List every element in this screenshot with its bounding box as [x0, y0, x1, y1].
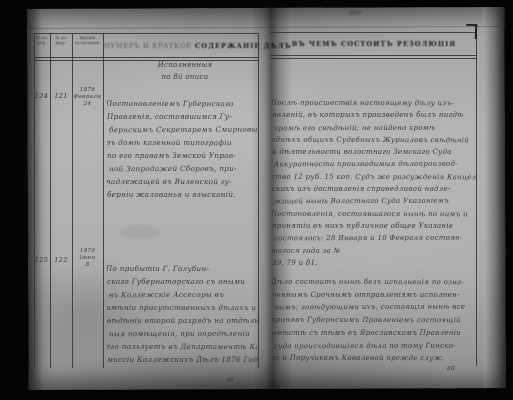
handwritten-line: бернскимъ Секретаремъ Смирновымъ — [109, 123, 258, 137]
handwritten-line: суда происходившіяся дѣла по тому Гинско… — [274, 339, 476, 352]
handwritten-line: 24 — [72, 101, 103, 108]
table-rule — [476, 32, 477, 366]
handwritten-line: Постановленія, состоявшагося нынѣ по ним… — [272, 207, 475, 220]
handwritten-line: ства 12 руб. 15 коп. Судъ же разсужденія… — [272, 171, 475, 184]
section-heading-line: по 8й описи — [128, 72, 242, 84]
handwritten-line: 1876 — [72, 248, 103, 255]
table-rule — [34, 57, 258, 58]
right-page-edge — [482, 7, 506, 388]
table-rule — [270, 32, 477, 33]
handwritten-line: берніи жалованья и взысканій. — [107, 188, 258, 201]
handwritten-line: имѣніи присутственныхъ дѣлахъ и — [107, 301, 257, 314]
right-page-header: ВЪ ЧЕМЪ СОСТОИТЪ РЕЗОЛЮЦІЯ — [278, 40, 470, 48]
handwritten-line: 1876 — [72, 87, 103, 94]
signature-flourish: ла — [446, 364, 456, 373]
table-rule — [34, 33, 258, 34]
handwritten-line: ныя помѣщенія, при опредѣленіи — [109, 327, 258, 341]
handwritten-line: явленій, въ которыхъ произведенъ былъ ни… — [272, 109, 476, 121]
left-corner-mark: ла — [226, 376, 235, 384]
top-smudge — [348, 10, 362, 15]
left-page-edge-shadow — [27, 9, 43, 390]
section-heading: Исполненныя по 8й описи — [128, 60, 242, 83]
handwritten-line: Послѣ происшествія настоящему дѣлу изъ- — [272, 97, 475, 110]
handwritten-line: По прибытіи Г. Голубин- — [107, 262, 257, 275]
handwritten-line: въ домѣ казенной типографіи — [107, 136, 257, 149]
column-header-number: № по пор. — [34, 36, 50, 45]
handwritten-line: принявъ Губернскимъ Правленіемъ состоящі… — [272, 314, 475, 327]
handwritten-line: вѣдѣніи второй разрядъ на отдѣль- — [107, 314, 258, 327]
entry-number: 124 — [33, 92, 50, 100]
ledger-scan-photo: № по пор. № по жур. Время полученія НУМЕ… — [0, 0, 513, 400]
handwritten-line: принятіи въ нихъ публичное общее Указані… — [272, 220, 476, 232]
left-page-header: НУМЕРЪ И КРАТКОЕ СОДЕРЖАНІЕ ДѢЛЪ — [104, 42, 258, 50]
column-header-journal: № по жур. — [50, 36, 72, 45]
left-header-prefix: НУМЕРЪ И КРАТКОЕ — [104, 42, 192, 50]
handwritten-line: Іюня — [72, 255, 103, 262]
column-header-date: Время полученія — [72, 36, 103, 45]
section-heading-line: Исполненныя — [128, 60, 242, 72]
entry-date: 1876Февраля24 — [72, 87, 103, 109]
corner-bracket-mark — [466, 24, 478, 39]
handwritten-line: ченнымъ Срочнымъ отправленіямъ исполнен- — [272, 289, 476, 302]
table-rule — [270, 55, 477, 56]
entry-journal-number: 122 — [50, 256, 72, 264]
entry-date: 1876Іюня8 — [72, 248, 103, 270]
table-rule — [103, 33, 104, 368]
entry-text: Постановленіемъ ГубернскагоПравленія, со… — [107, 97, 258, 203]
handwritten-line: нымъ; завѣдующими ихъ, состоящія нынѣ вс… — [274, 301, 476, 314]
handwritten-line: состоялось: 28 Января и 10 Февраля состо… — [274, 232, 476, 245]
entry-number: 125 — [33, 256, 50, 264]
table-rule — [50, 33, 51, 368]
table-rule — [258, 33, 259, 368]
handwritten-line: 8 — [72, 262, 103, 269]
entry-journal-number: 121 — [50, 92, 72, 100]
entry-text: По прибытіи Г. Голубин-скаго Губернаторс… — [107, 262, 258, 366]
handwritten-line: ва и Поручикамъ Ковалевой прежде служ. — [272, 352, 475, 365]
handwritten-line: жащей нынѣ Волостнаго Суда Указаніемъ — [274, 195, 476, 208]
handwritten-line: въ Коллежскіе Ассесоры въ — [109, 288, 258, 302]
handwritten-line: Февраля — [72, 94, 103, 101]
resolution-paragraph: Послѣ происшествія настоящему дѣлу изъ-я… — [272, 97, 476, 269]
handwritten-line: Аккуратности производимыя дѣлопроизвод- — [274, 158, 476, 171]
handwritten-line: скихъ изъ доставленія справедливой надле… — [272, 183, 476, 195]
handwritten-line: кромѣ его свѣдѣній; не найдено кромѣ — [274, 121, 476, 134]
handwritten-line: Постановленіемъ Губернскаго — [107, 97, 257, 110]
page-stain — [120, 225, 160, 239]
handwritten-line: по его правамъ Земской Управ- — [107, 149, 258, 162]
handwritten-line: Дѣло состоитъ нынѣ безъ исполненія по оз… — [272, 276, 475, 289]
margin-pencil-smudge: ﹏﹏ — [482, 38, 500, 64]
handwritten-line: шагося года за № — [272, 244, 475, 257]
handwritten-line: миссіи Коллежскихъ Дѣлъ 1876 Года — [107, 353, 258, 366]
handwritten-line: Правленія, состоявшимся Гу- — [107, 110, 258, 123]
table-rule — [270, 58, 477, 59]
handwritten-line: его пользуетъ въ Департаментѣ Ко- — [107, 340, 257, 353]
table-rule — [72, 33, 73, 368]
handwritten-line: 39, 79 и 81. — [272, 257, 476, 269]
handwritten-line: скаго Губернаторскаго съ оными — [107, 275, 258, 288]
handwritten-line: вмѣстѣ съ тѣмъ въ Ярославскомъ Правленіи — [272, 327, 476, 340]
table-rule — [34, 33, 35, 368]
handwritten-line: ной Запродажей Сборовъ, при- — [109, 162, 258, 176]
handwritten-line: и дѣятельности волостнаго Земскаго Суда — [272, 146, 476, 158]
handwritten-line: надлежащей въ Виленской гу- — [107, 175, 257, 188]
handwritten-line: однѣхъ общихъ Судебныхъ Журналовъ свѣдѣн… — [272, 134, 475, 147]
resolution-paragraph: Дѣло состоитъ нынѣ безъ исполненія по оз… — [272, 276, 476, 366]
